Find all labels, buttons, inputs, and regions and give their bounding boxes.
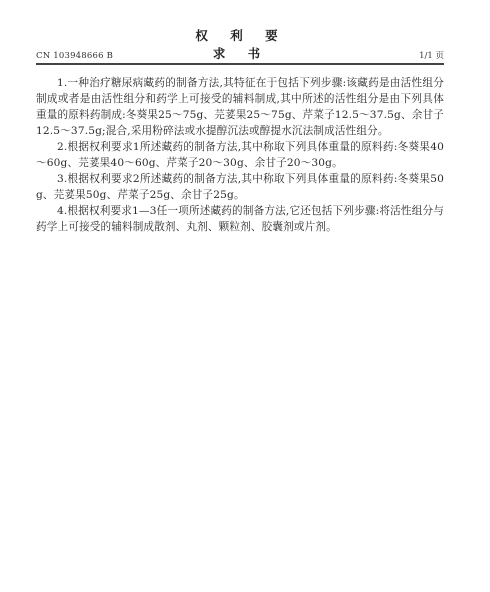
claims-body: 1.一种治疗糖尿病藏药的制备方法,其特征在于包括下列步骤:该藏药是由活性组分制成… (36, 75, 444, 235)
page-number: 1/1 页 (419, 49, 444, 61)
document-title: 权 利 要 求 书 (186, 26, 296, 62)
claim-1: 1.一种治疗糖尿病藏药的制备方法,其特征在于包括下列步骤:该藏药是由活性组分制成… (36, 75, 444, 139)
header-divider (36, 63, 444, 65)
claim-2: 2.根据权利要求1所述藏药的制备方法,其中称取下列具体重量的原料药:冬葵果40～… (36, 139, 444, 171)
claim-3: 3.根据权利要求2所述藏药的制备方法,其中称取下列具体重量的原料药:冬葵果50g… (36, 171, 444, 203)
claim-4: 4.根据权利要求1—3任一项所述藏药的制备方法,它还包括下列步骤:将活性组分与药… (36, 203, 444, 235)
patent-number: CN 103948666 B (36, 51, 113, 61)
page-header: CN 103948666 B 权 利 要 求 书 1/1 页 (36, 44, 444, 64)
